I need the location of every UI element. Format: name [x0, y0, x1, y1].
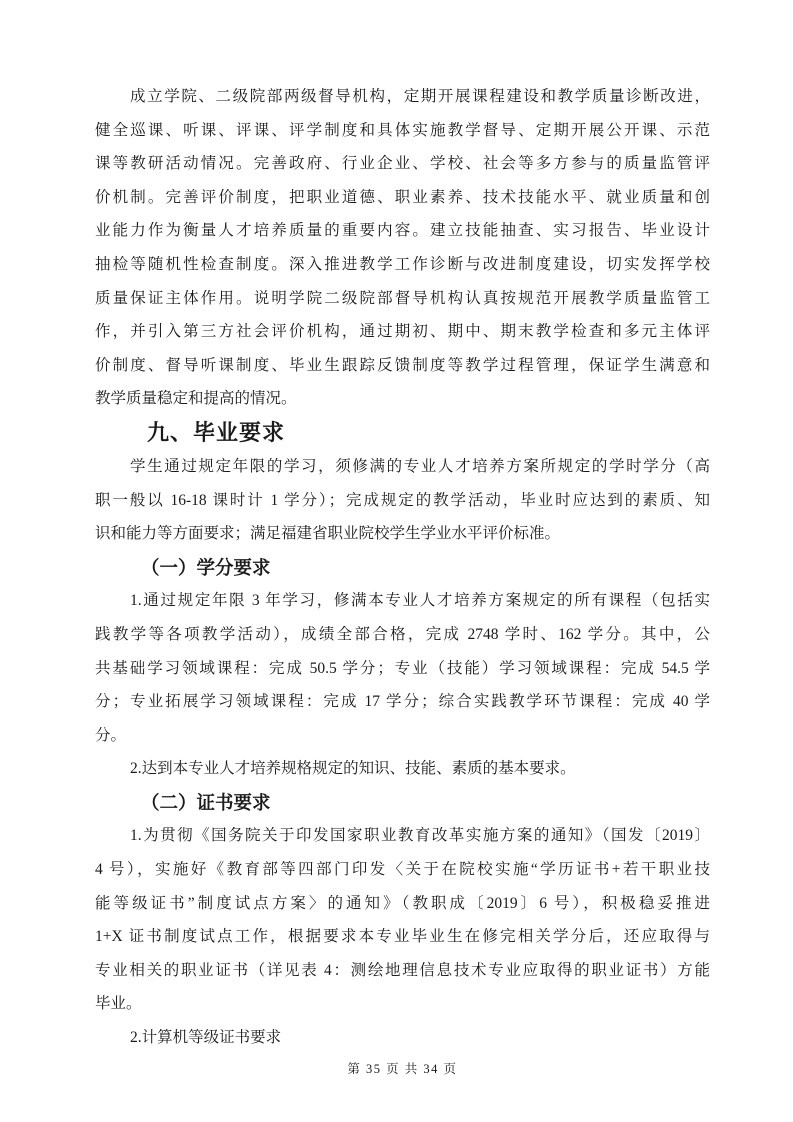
text-line: 教学质量稳定和提高的情况。: [95, 382, 710, 416]
subsection-heading: （一）学分要求: [95, 551, 710, 585]
text-line: 2.计算机等级证书要求: [95, 1021, 710, 1055]
text-line: 毕业。: [95, 987, 710, 1021]
text-line: 1.为贯彻《国务院关于印发国家职业教育改革实施方案的通知》（国发〔2019〕: [95, 819, 710, 853]
text-line: 分。: [95, 719, 710, 753]
text-line: 作，并引入第三方社会评价机构，通过期初、期中、期末教学检查和多元主体评: [95, 315, 710, 349]
text-line: 成立学院、二级院部两级督导机构，定期开展课程建设和教学质量诊断改进，: [95, 80, 710, 114]
text-line: 课等教研活动情况。完善政府、行业企业、学校、社会等多方参与的质量监管评: [95, 147, 710, 181]
text-line: 共基础学习领域课程：完成 50.5 学分；专业（技能）学习领域课程：完成 54.…: [95, 652, 710, 686]
text-line: 分；专业拓展学习领域课程：完成 17 学分；综合实践教学环节课程：完成 40 学: [95, 685, 710, 719]
text-line: 4 号），实施好《教育部等四部门印发〈关于在院校实施“学历证书+若干职业技: [95, 853, 710, 887]
text-line: 学生通过规定年限的学习，须修满的专业人才培养方案所规定的学时学分（高: [95, 450, 710, 484]
subsection-heading: （二）证书要求: [95, 786, 710, 820]
paragraph: 2.达到本专业人才培养规格规定的知识、技能、素质的基本要求。: [95, 752, 710, 786]
text-line: 价制度、督导听课制度、毕业生跟踪反馈制度等教学过程管理，保证学生满意和: [95, 349, 710, 383]
paragraph: 1.通过规定年限 3 年学习，修满本专业人才培养方案规定的所有课程（包括实践教学…: [95, 584, 710, 752]
text-line: 2.达到本专业人才培养规格规定的知识、技能、素质的基本要求。: [95, 752, 710, 786]
text-line: 职一般以 16-18 课时计 1 学分）；完成规定的教学活动，毕业时应达到的素质…: [95, 484, 710, 518]
paragraph: 学生通过规定年限的学习，须修满的专业人才培养方案所规定的学时学分（高职一般以 1…: [95, 450, 710, 551]
text-line: 践教学等各项教学活动），成绩全部合格，完成 2748 学时、162 学分。其中，…: [95, 618, 710, 652]
text-line: 专业相关的职业证书（详见表 4：测绘地理信息技术专业应取得的职业证书）方能: [95, 954, 710, 988]
text-line: 业能力作为衡量人才培养质量的重要内容。建立技能抽查、实习报告、毕业设计: [95, 214, 710, 248]
text-line: 抽检等随机性检查制度。深入推进教学工作诊断与改进制度建设，切实发挥学校: [95, 248, 710, 282]
text-line: 识和能力等方面要求；满足福建省职业院校学生学业水平评价标准。: [95, 517, 710, 551]
paragraph: 成立学院、二级院部两级督导机构，定期开展课程建设和教学质量诊断改进，健全巡课、听…: [95, 80, 710, 416]
paragraph: 1.为贯彻《国务院关于印发国家职业教育改革实施方案的通知》（国发〔2019〕4 …: [95, 819, 710, 1021]
page-footer: 第 35 页 共 34 页: [95, 1059, 710, 1079]
text-line: 质量保证主体作用。说明学院二级院部督导机构认真按规范开展教学质量监管工: [95, 282, 710, 316]
text-line: 健全巡课、听课、评课、评学制度和具体实施教学督导、定期开展公开课、示范: [95, 114, 710, 148]
text-line: 能等级证书”制度试点方案〉的通知》（教职成〔2019〕6 号），积极稳妥推进: [95, 887, 710, 921]
text-line: 价机制。完善评价制度，把职业道德、职业素养、技术技能水平、就业质量和创: [95, 181, 710, 215]
section-heading: 九、毕业要求: [95, 416, 710, 450]
text-line: 1+X 证书制度试点工作，根据要求本专业毕业生在修完相关学分后，还应取得与: [95, 920, 710, 954]
document-page: 成立学院、二级院部两级督导机构，定期开展课程建设和教学质量诊断改进，健全巡课、听…: [0, 0, 793, 1122]
page-content: 成立学院、二级院部两级督导机构，定期开展课程建设和教学质量诊断改进，健全巡课、听…: [95, 80, 710, 1055]
text-line: 1.通过规定年限 3 年学习，修满本专业人才培养方案规定的所有课程（包括实: [95, 584, 710, 618]
paragraph: 2.计算机等级证书要求: [95, 1021, 710, 1055]
